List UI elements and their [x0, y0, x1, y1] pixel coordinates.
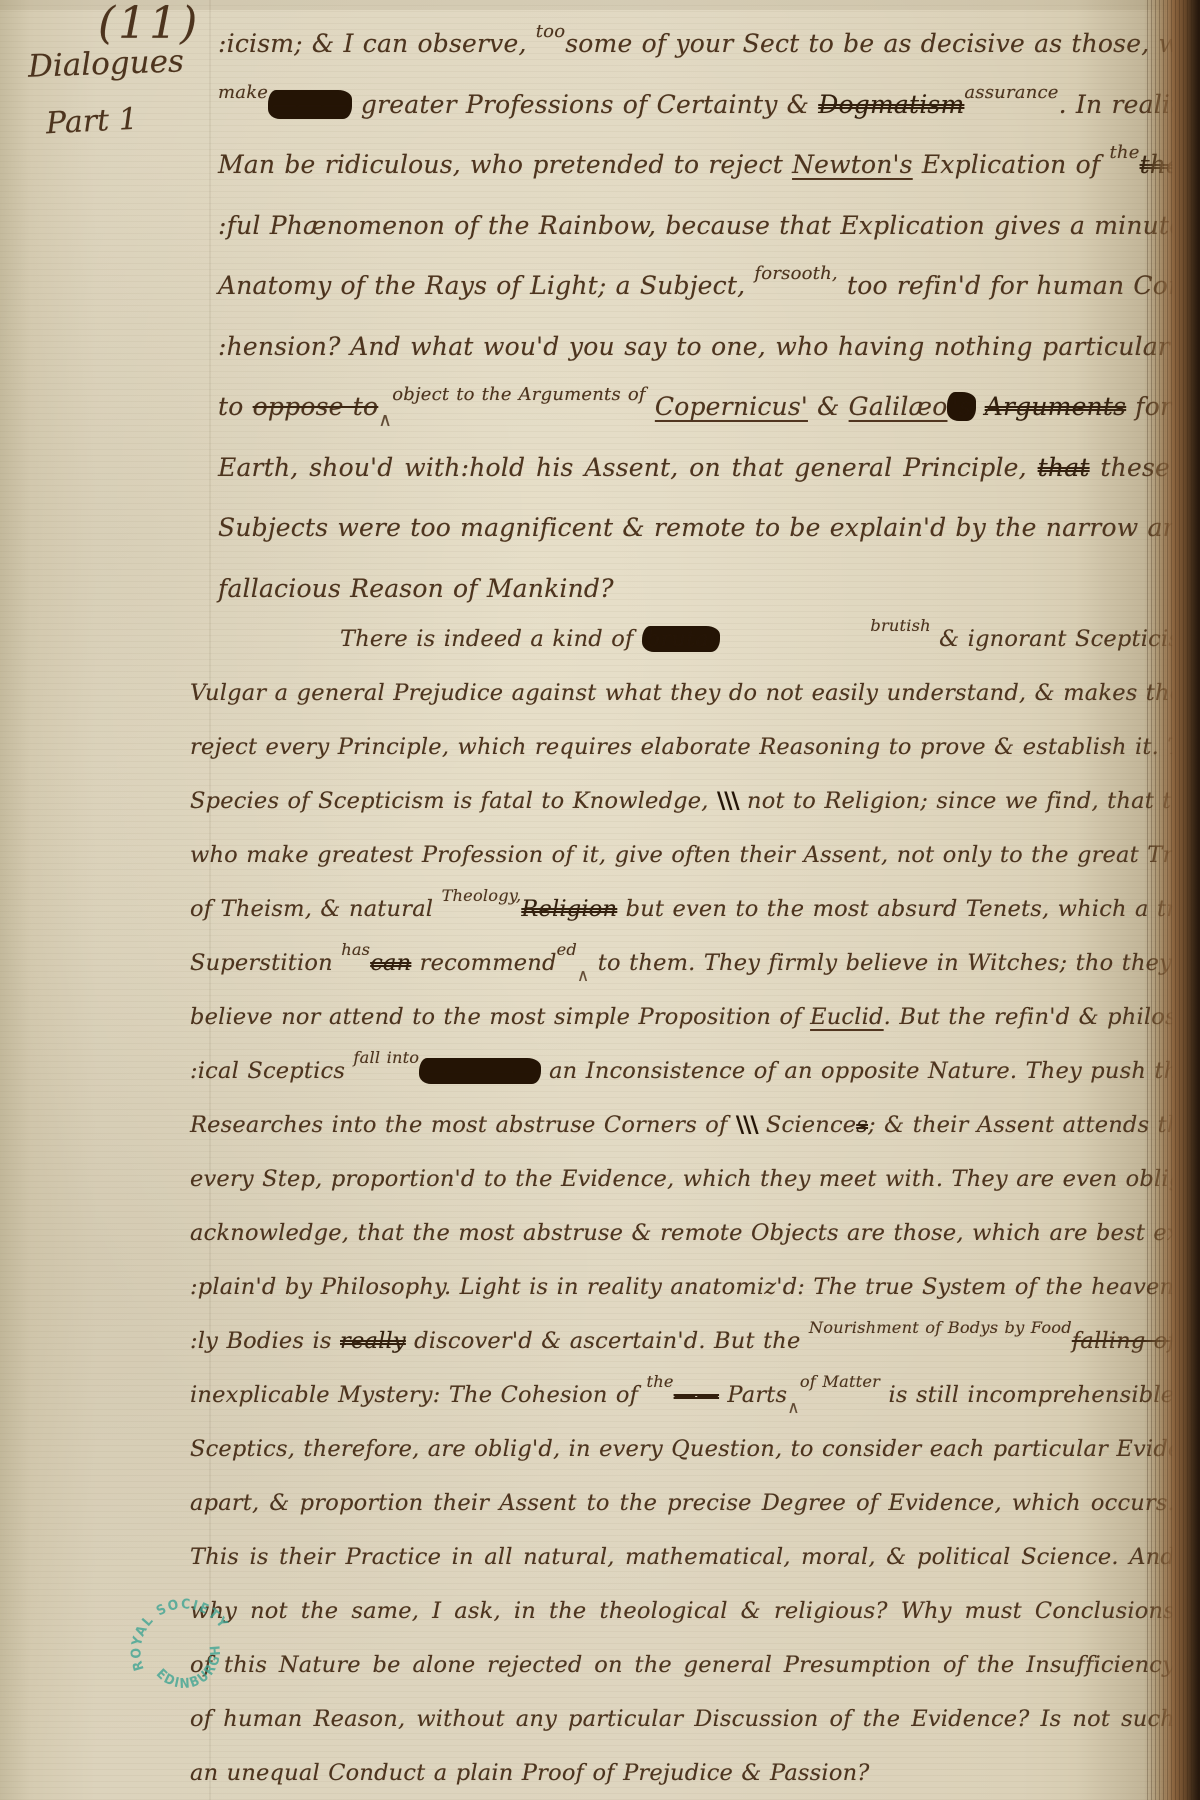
- manuscript-line: :ical Sceptics fall into————— an Inconsi…: [190, 1044, 1175, 1098]
- manuscript-line: Man be ridiculous, who pretended to reje…: [218, 135, 1170, 196]
- manuscript-page: (11) Dialogues Part 1 :icism; & I can ob…: [0, 0, 1200, 1800]
- manuscript-text: ∧: [787, 1380, 800, 1434]
- manuscript-line: who make greatest Profession of it, give…: [190, 828, 1175, 882]
- manuscript-text: Explication of: [913, 150, 1110, 179]
- manuscript-text: :plain'd by Philosophy. Light is in real…: [190, 1274, 1182, 1300]
- crossed-out-text: that: [1038, 453, 1090, 482]
- manuscript-line: :plain'd by Philosophy. Light is in real…: [190, 1260, 1175, 1314]
- manuscript-text: Euclid: [810, 1004, 884, 1030]
- manuscript-line: an unequal Conduct a plain Proof of Prej…: [190, 1746, 1175, 1800]
- interlinear-insertion: the: [647, 1374, 674, 1390]
- interlinear-insertion: ed: [557, 942, 577, 958]
- manuscript-line: believe nor attend to the most simple Pr…: [190, 990, 1175, 1044]
- manuscript-text: Vulgar a general Prejudice against what …: [190, 680, 1200, 706]
- manuscript-text: why not the same, I ask, in the theologi…: [190, 1598, 1175, 1624]
- manuscript-text: Sceptics, therefore, are oblig'd, in eve…: [190, 1436, 1200, 1462]
- manuscript-text: Copernicus': [655, 392, 808, 421]
- margin-title: Dialogues: [27, 43, 184, 84]
- interlinear-insertion: assurance: [964, 84, 1058, 102]
- manuscript-line: :ful Phænomenon of the Rainbow, because …: [218, 196, 1170, 257]
- interlinear-insertion: make: [218, 84, 268, 102]
- crossed-out-text: s: [856, 1112, 868, 1138]
- manuscript-text: Superstition: [190, 950, 341, 976]
- manuscript-text: There is indeed a kind of: [340, 626, 642, 652]
- manuscript-text: :hension? And what wou'd you say to one,…: [218, 332, 1170, 361]
- manuscript-text: every Step, proportion'd to the Evidence…: [190, 1166, 1200, 1192]
- manuscript-text: an Inconsistence of an opposite Nature. …: [541, 1058, 1200, 1084]
- interlinear-insertion: Nourishment of Bodys by Food: [809, 1320, 1072, 1336]
- manuscript-line: Anatomy of the Rays of Light; a Subject,…: [218, 256, 1170, 317]
- manuscript-text: :ful Phænomenon of the Rainbow, because …: [218, 211, 1184, 240]
- manuscript-text: :icism; & I can observe,: [218, 29, 536, 58]
- interlinear-insertion: fall into: [353, 1050, 419, 1066]
- manuscript-line: why not the same, I ask, in the theologi…: [190, 1584, 1175, 1638]
- manuscript-text: acknowledge, that the most abstruse & re…: [190, 1220, 1188, 1246]
- interlinear-insertion: has: [341, 942, 370, 958]
- manuscript-text: fallacious Reason of Mankind?: [218, 574, 614, 603]
- manuscript-text: This is their Practice in all natural, m…: [190, 1544, 1175, 1570]
- margin-part: Part 1: [45, 102, 138, 142]
- ink-blot-deletion: ———: [268, 90, 352, 119]
- stamp-bottom-text: EDINBURGH: [150, 1638, 236, 1705]
- manuscript-text: &: [808, 392, 849, 421]
- manuscript-text: of Theism, & natural: [190, 896, 442, 922]
- ink-blot-deletion: —————: [419, 1058, 541, 1084]
- manuscript-text: recommend: [411, 950, 556, 976]
- manuscript-text: Parts: [719, 1382, 787, 1408]
- manuscript-line: of human Reason, without any particular …: [190, 1692, 1175, 1746]
- manuscript-line: Sceptics, therefore, are oblig'd, in eve…: [190, 1422, 1175, 1476]
- manuscript-text: Subjects were too magnificent & remote t…: [218, 513, 1195, 542]
- manuscript-line: Earth, shou'd with:hold his Assent, on t…: [218, 438, 1170, 499]
- ink-blot-deletion: brutal: [642, 626, 721, 652]
- paragraph-1: :icism; & I can observe, toosome of your…: [218, 14, 1170, 619]
- manuscript-line: There is indeed a kind of brutalbrutish …: [190, 612, 1175, 666]
- interlinear-insertion: object to the Arguments of: [392, 386, 646, 404]
- manuscript-text: [976, 392, 985, 421]
- manuscript-text: :ly Bodies is: [190, 1328, 340, 1354]
- manuscript-line: Vulgar a general Prejudice against what …: [190, 666, 1175, 720]
- manuscript-line: of this Nature be alone rejected on the …: [190, 1638, 1175, 1692]
- manuscript-text: Earth, shou'd with:hold his Assent, on t…: [218, 453, 1038, 482]
- manuscript-text: discover'd & ascertain'd. But the: [406, 1328, 809, 1354]
- manuscript-line: inexplicable Mystery: The Cohesion of th…: [190, 1368, 1175, 1422]
- manuscript-text: apart, & proportion their Assent to the …: [190, 1490, 1175, 1516]
- manuscript-text: Researches into the most abstruse Corner…: [190, 1112, 736, 1138]
- interlinear-insertion: too: [536, 23, 566, 41]
- manuscript-line: Subjects were too magnificent & remote t…: [218, 498, 1170, 559]
- crossed-out-text: can: [370, 950, 411, 976]
- interlinear-insertion: forsooth,: [754, 265, 837, 283]
- manuscript-line: apart, & proportion their Assent to the …: [190, 1476, 1175, 1530]
- manuscript-text: :ical Sceptics: [190, 1058, 353, 1084]
- manuscript-text: ∧: [378, 391, 392, 452]
- manuscript-text: \\\: [717, 788, 739, 814]
- manuscript-line: of Theism, & natural Theology,Religion b…: [190, 882, 1175, 936]
- interlinear-insertion: of Matter: [800, 1374, 880, 1390]
- interlinear-insertion: Theology,: [442, 888, 522, 904]
- paragraph-2: There is indeed a kind of brutalbrutish …: [190, 612, 1175, 1800]
- manuscript-text: inexplicable Mystery: The Cohesion of: [190, 1382, 647, 1408]
- manuscript-text: who make greatest Profession of it, give…: [190, 842, 1200, 868]
- interlinear-insertion: the: [1109, 144, 1139, 162]
- manuscript-line: This is their Practice in all natural, m…: [190, 1530, 1175, 1584]
- manuscript-text: of this Nature be alone rejected on the …: [190, 1652, 1175, 1678]
- crossed-out-text: oppose to: [253, 392, 379, 421]
- manuscript-line: fallacious Reason of Mankind?: [218, 559, 1170, 620]
- crossed-out-text: Religion: [521, 896, 617, 922]
- manuscript-text: greater Professions of Certainty &: [352, 90, 818, 119]
- manuscript-line: :hension? And what wou'd you say to one,…: [218, 317, 1170, 378]
- crossed-out-text: really: [340, 1328, 406, 1354]
- manuscript-text: to them. They firmly believe in Witches;…: [589, 950, 1200, 976]
- manuscript-line: Species of Scepticism is fatal to Knowle…: [190, 774, 1175, 828]
- manuscript-text: Species of Scepticism is fatal to Knowle…: [190, 788, 717, 814]
- manuscript-text: to: [218, 392, 253, 421]
- manuscript-text: [646, 392, 655, 421]
- manuscript-text: Man be ridiculous, who pretended to reje…: [218, 150, 792, 179]
- manuscript-line: reject every Principle, which requires e…: [190, 720, 1175, 774]
- manuscript-text: but even to the most absurd Tenets, whic…: [617, 896, 1200, 922]
- manuscript-text: Newton's: [792, 150, 913, 179]
- manuscript-text: Science: [758, 1112, 857, 1138]
- manuscript-text: not to Religion; since we find, that tho…: [739, 788, 1200, 814]
- manuscript-text: Galilæo: [849, 392, 948, 421]
- manuscript-line: Superstition hascan recommended∧ to them…: [190, 936, 1175, 990]
- manuscript-text: reject every Principle, which requires e…: [190, 734, 1200, 760]
- manuscript-line: make——— greater Professions of Certainty…: [218, 75, 1170, 136]
- manuscript-text: Anatomy of the Rays of Light; a Subject,: [218, 271, 754, 300]
- manuscript-text: ∧: [577, 948, 590, 1002]
- manuscript-text: an unequal Conduct a plain Proof of Prej…: [190, 1760, 870, 1786]
- manuscript-line: acknowledge, that the most abstruse & re…: [190, 1206, 1175, 1260]
- crossed-out-text: Dogmatism: [818, 90, 964, 119]
- manuscript-line: to oppose to∧object to the Arguments of …: [218, 377, 1170, 438]
- manuscript-line: Researches into the most abstruse Corner…: [190, 1098, 1175, 1152]
- manuscript-line: every Step, proportion'd to the Evidence…: [190, 1152, 1175, 1206]
- manuscript-line: :ly Bodies is really discover'd & ascert…: [190, 1314, 1175, 1368]
- manuscript-line: :icism; & I can observe, toosome of your…: [218, 14, 1170, 75]
- page-number: (11): [98, 0, 200, 49]
- ink-blot-deletion: 's: [947, 392, 975, 421]
- manuscript-text: \\\: [736, 1112, 758, 1138]
- book-binding-edge: [1144, 0, 1200, 1800]
- crossed-out-text: Arguments: [985, 392, 1126, 421]
- crossed-out-text: ——: [674, 1382, 719, 1408]
- manuscript-text: of human Reason, without any particular …: [190, 1706, 1175, 1732]
- manuscript-text: some of your Sect to be as decisive as t…: [565, 29, 1200, 58]
- interlinear-insertion: brutish: [720, 618, 930, 634]
- manuscript-text: believe nor attend to the most simple Pr…: [190, 1004, 810, 1030]
